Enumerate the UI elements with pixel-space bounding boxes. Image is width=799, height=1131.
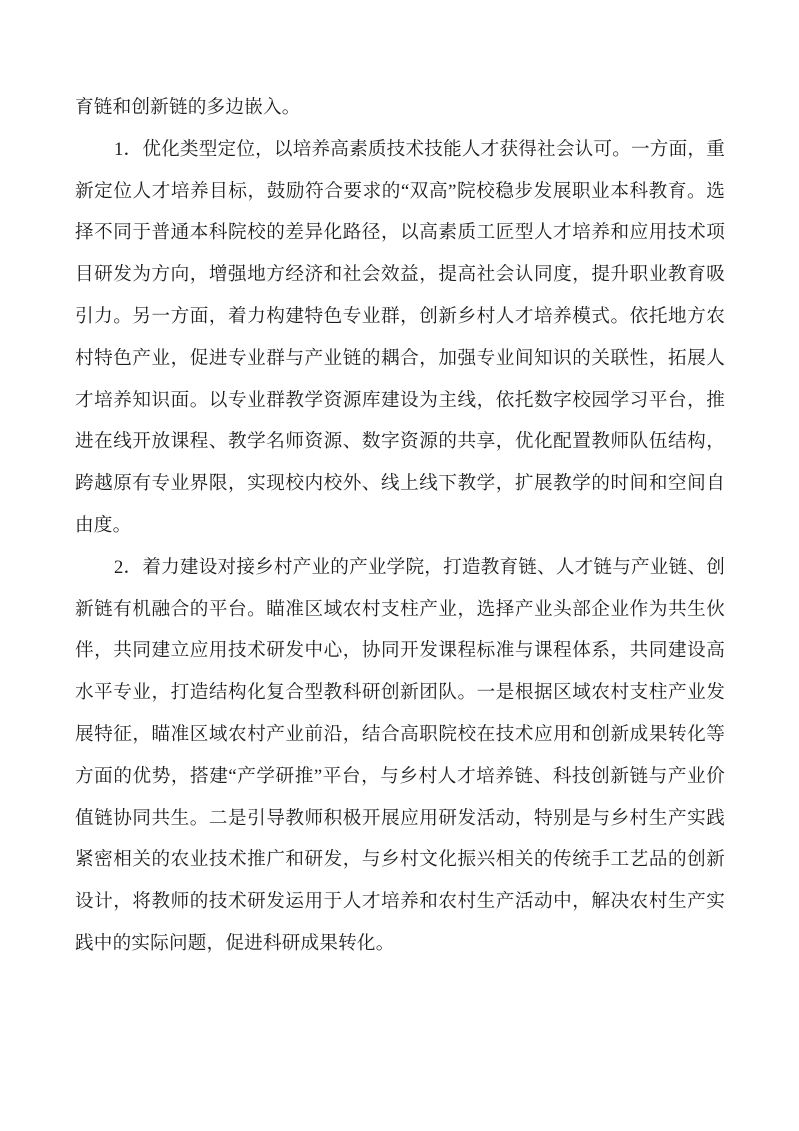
paragraph-item-1: 1．优化类型定位，以培养高素质技术技能人才获得社会认可。一方面，重新定位人才培养… <box>75 129 725 547</box>
document-body-text: 育链和创新链的多边嵌入。 1．优化类型定位，以培养高素质技术技能人才获得社会认可… <box>75 87 725 965</box>
paragraph-item-2: 2．着力建设对接乡村产业的产业学院，打造教育链、人才链与产业链、创新链有机融合的… <box>75 547 725 965</box>
document-page: 育链和创新链的多边嵌入。 1．优化类型定位，以培养高素质技术技能人才获得社会认可… <box>0 0 799 1131</box>
paragraph-continuation: 育链和创新链的多边嵌入。 <box>75 87 725 129</box>
